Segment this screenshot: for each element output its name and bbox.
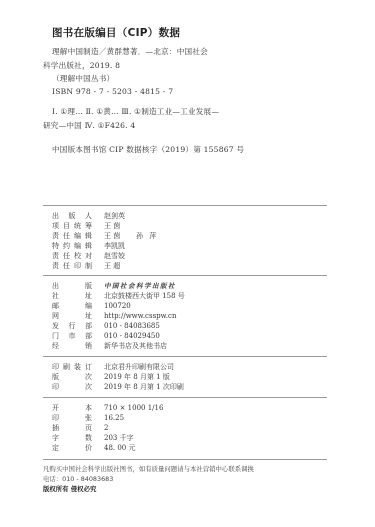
publisher-row-retail: 门 市 部010 - 84029450	[52, 331, 160, 341]
staff-row-editor: 责任编辑王 茵孙萍	[52, 231, 162, 241]
cip-line-series: （理解中国丛书）	[52, 73, 114, 84]
spec-value: 710 × 1000 1/16	[104, 403, 163, 413]
cip-line-classification: Ⅰ. ①理… Ⅱ. ①黄… Ⅲ. ①制造工业—工业发展—	[52, 106, 219, 117]
spec-row-sheets: 印 张16.25	[52, 413, 124, 423]
staff-value: 赵雪姣	[104, 251, 125, 261]
publisher-value: 新华书店及其他书店	[104, 341, 167, 351]
staff-row-publisher-head: 出 版 人赵剑英	[52, 211, 125, 221]
staff-value: 王 茵	[104, 221, 120, 231]
publisher-row-distributor: 经 销新华书店及其他书店	[52, 341, 167, 351]
publisher-value: 010 - 84029450	[104, 331, 160, 341]
staff-value: 赵剑英	[104, 211, 125, 221]
divider	[43, 356, 327, 357]
printing-row-edition: 版 次2019 年 8 月第 1 版	[52, 372, 170, 382]
divider	[43, 205, 327, 206]
copyright-notice: 版权所有 侵权必究	[43, 484, 96, 493]
staff-row-coordinator: 项目统筹王 茵	[52, 221, 120, 231]
staff-value-2: 孙萍	[136, 231, 162, 241]
staff-value: 李凯凯	[104, 241, 125, 251]
printing-value: 北京君升印刷有限公司	[104, 362, 174, 372]
divider	[43, 275, 327, 276]
service-phone: 电话：010 - 84083683	[43, 474, 113, 483]
spec-label: 开 本	[52, 403, 92, 413]
staff-label: 责任印制	[52, 261, 92, 271]
staff-label: 出 版 人	[52, 211, 92, 221]
printing-row-printer: 印刷装订北京君升印刷有限公司	[52, 362, 174, 372]
cip-record-number: 中国版本图书馆 CIP 数据核字（2019）第 155867 号	[52, 144, 244, 155]
publisher-value: 010 - 84083685	[104, 321, 160, 331]
printing-label: 版 次	[52, 372, 92, 382]
printing-value: 2019 年 8 月第 1 版	[104, 372, 170, 382]
spec-row-inserts: 插 页2	[52, 423, 108, 433]
spec-label: 插 页	[52, 423, 92, 433]
staff-label: 责任校对	[52, 251, 92, 261]
publisher-row-postcode: 邮 编100720	[52, 301, 131, 311]
staff-label: 特约编辑	[52, 241, 92, 251]
spec-label: 印 张	[52, 413, 92, 423]
publisher-value: 100720	[104, 301, 131, 311]
cip-heading: 图书在版编目（CIP）数据	[52, 25, 180, 40]
printing-row-impression: 印 次2019 年 8 月第 1 次印刷	[52, 382, 184, 392]
printing-label: 印刷装订	[52, 362, 92, 372]
spec-row-format: 开 本710 × 1000 1/16	[52, 403, 163, 413]
printing-label: 印 次	[52, 382, 92, 392]
cip-line-isbn: ISBN 978 - 7 - 5203 - 4815 - 7	[52, 87, 173, 96]
cip-line-publisher: 科学出版社，2019. 8	[43, 60, 120, 71]
publisher-website: http://www.csspw.cn	[104, 311, 176, 321]
publisher-row-address: 社 址北京鼓楼西大街甲 158 号	[52, 291, 185, 301]
publisher-logotype: 中国社会科学出版社	[104, 281, 176, 291]
publisher-value: 北京鼓楼西大街甲 158 号	[104, 291, 185, 301]
spec-row-word-count: 字 数203 千字	[52, 433, 134, 443]
staff-row-proofreader: 责任校对赵雪姣	[52, 251, 125, 261]
staff-label: 项目统筹	[52, 221, 92, 231]
publisher-label: 经 销	[52, 341, 92, 351]
spec-value: 16.25	[104, 413, 124, 423]
publisher-row-website: 网 址http://www.csspw.cn	[52, 311, 176, 321]
divider	[43, 397, 327, 398]
staff-row-special-editor: 特约编辑李凯凯	[52, 241, 125, 251]
staff-value: 王 超	[104, 261, 120, 271]
publisher-label: 邮 编	[52, 301, 92, 311]
quality-notice: 凡购买中国社会科学出版社图书，如有质量问题请与本社营销中心联系调换	[43, 464, 254, 473]
cip-line-classification-cont: 研究—中国 Ⅳ. ①F426. 4	[43, 120, 135, 131]
publisher-label: 门 市 部	[52, 331, 92, 341]
spec-label: 定 价	[52, 443, 92, 453]
staff-value: 王 茵	[104, 231, 120, 241]
publisher-row-name: 出 版中国社会科学出版社	[52, 281, 176, 291]
divider	[43, 459, 327, 460]
spec-label: 字 数	[52, 433, 92, 443]
printing-value: 2019 年 8 月第 1 次印刷	[104, 382, 184, 392]
publisher-label: 网 址	[52, 311, 92, 321]
publisher-row-distribution: 发 行 部010 - 84083685	[52, 321, 160, 331]
cip-line-title: 理解中国制造／黄群慧著．—北京：中国社会	[52, 46, 208, 57]
publisher-label: 社 址	[52, 291, 92, 301]
staff-label: 责任编辑	[52, 231, 92, 241]
spec-value: 2	[104, 423, 108, 433]
spec-row-price: 定 价48. 00 元	[52, 443, 136, 453]
publisher-label: 发 行 部	[52, 321, 92, 331]
staff-row-print-manager: 责任印制王 超	[52, 261, 120, 271]
publisher-label: 出 版	[52, 281, 92, 291]
spec-value: 203 千字	[104, 433, 134, 443]
spec-value: 48. 00 元	[104, 443, 136, 453]
